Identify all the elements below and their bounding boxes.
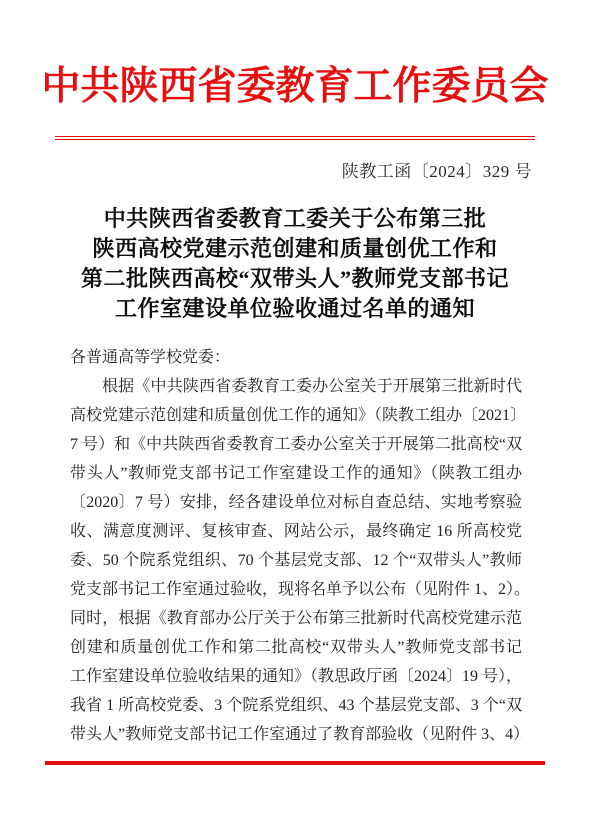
document-body: 各普通高等学校党委： 根据《中共陕西省委教育工委办公室关于开展第三批新时代 高校… bbox=[70, 343, 522, 749]
footer-red-rule bbox=[45, 761, 545, 766]
body-line-12: 我省 1 所高校党委、3 个院系党组织、43 个基层党支部、3 个“双 bbox=[70, 691, 522, 720]
body-line-13: 带头人”教师党支部书记工作室通过了教育部验收（见附件 3、4）。 bbox=[70, 720, 522, 749]
body-line-11: 工作室建设单位验收结果的通知》（教思政厅函〔2024〕19 号）， bbox=[70, 662, 522, 691]
document-title-line-1: 中共陕西省委教育工委关于公布第三批 bbox=[0, 204, 590, 234]
body-line-9: 同时，根据《教育部办公厅关于公布第三批新时代高校党建示范 bbox=[70, 604, 522, 633]
body-line-4: 带头人”教师党支部书记工作室建设工作的通知》（陕教工组办 bbox=[70, 459, 522, 488]
document-title-line-2: 陕西高校党建示范创建和质量创优工作和 bbox=[0, 234, 590, 264]
salutation: 各普通高等学校党委： bbox=[70, 343, 522, 372]
body-line-8: 党支部书记工作室通过验收，现将名单予以公布（见附件 1、2）。 bbox=[70, 575, 522, 604]
body-line-7: 委、50 个院系党组织、70 个基层党支部、12 个“双带头人”教师 bbox=[70, 546, 522, 575]
body-line-1: 根据《中共陕西省委教育工委办公室关于开展第三批新时代 bbox=[70, 372, 522, 401]
document-page: 中共陕西省委教育工作委员会 陕教工函〔2024〕329 号 中共陕西省委教育工委… bbox=[0, 0, 590, 834]
document-title-line-4: 工作室建设单位验收通过名单的通知 bbox=[0, 294, 590, 324]
body-line-10: 创建和质量创优工作和第二批高校“双带头人”教师党支部书记 bbox=[70, 633, 522, 662]
letterhead-org-name: 中共陕西省委教育工作委员会 bbox=[0, 0, 590, 110]
document-title: 中共陕西省委教育工委关于公布第三批 陕西高校党建示范创建和质量创优工作和 第二批… bbox=[0, 204, 590, 324]
letterhead-double-rule bbox=[55, 136, 535, 140]
body-line-2: 高校党建示范创建和质量创优工作的通知》（陕教工组办〔2021〕 bbox=[70, 401, 522, 430]
body-line-3: 7 号）和《中共陕西省委教育工委办公室关于开展第二批高校“双 bbox=[70, 430, 522, 459]
body-line-6: 收、满意度测评、复核审查、网站公示，最终确定 16 所高校党 bbox=[70, 517, 522, 546]
document-number: 陕教工函〔2024〕329 号 bbox=[0, 161, 590, 183]
body-line-5: 〔2020〕7 号）安排，经各建设单位对标自查总结、实地考察验 bbox=[70, 488, 522, 517]
document-title-line-3: 第二批陕西高校“双带头人”教师党支部书记 bbox=[0, 264, 590, 294]
